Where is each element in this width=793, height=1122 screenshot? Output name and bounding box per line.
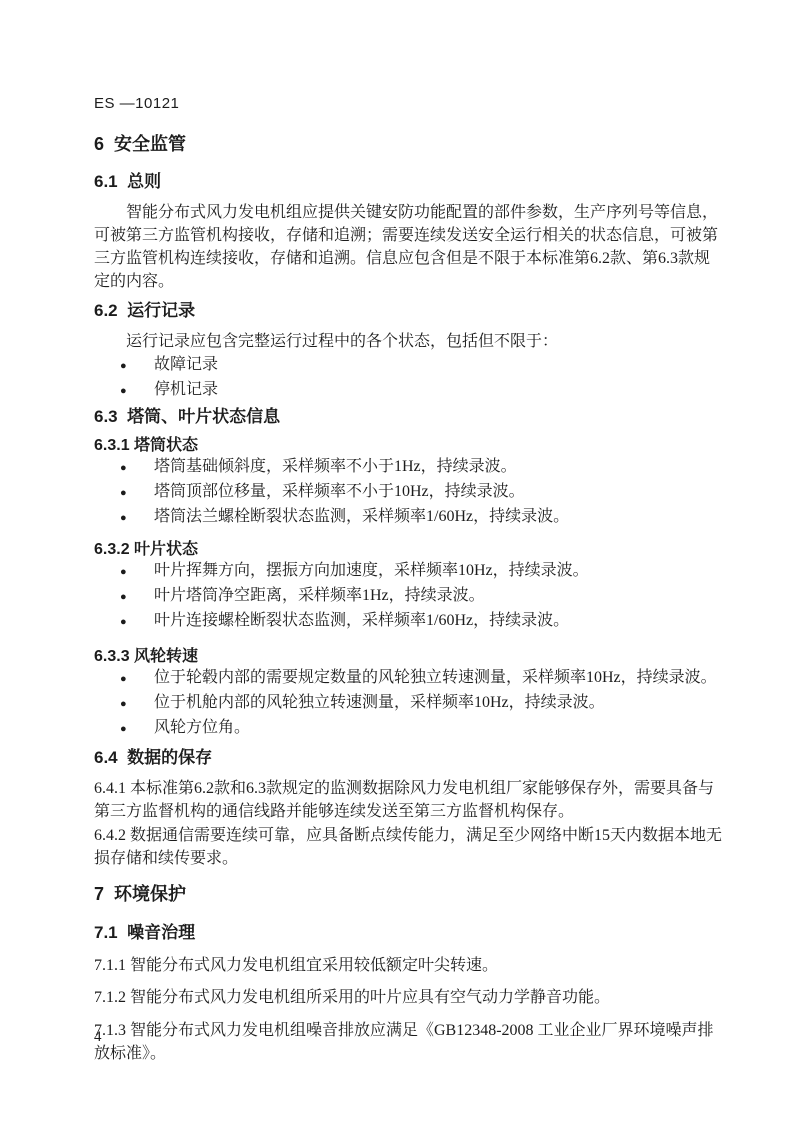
- list-item-text: 塔筒法兰螺栓断裂状态监测，采样频率1/60Hz，持续录波。: [154, 505, 569, 528]
- doc-code: ES —10121: [94, 95, 725, 113]
- bullet-icon: ●: [120, 355, 132, 378]
- bullet-list-6-3-3: ● 位于轮毂内部的需要规定数量的风轮独立转速测量，采样频率10Hz，持续录波。 …: [94, 666, 725, 741]
- bullet-icon: ●: [120, 693, 132, 716]
- paragraph-6-2-intro: 运行记录应包含完整运行过程中的各个状态，包括但不限于：: [94, 330, 725, 353]
- paragraph-6-1: 智能分布式风力发电机组应提供关键安防功能配置的部件参数，生产序列号等信息，可被第…: [94, 201, 725, 293]
- list-item-text: 位于轮毂内部的需要规定数量的风轮独立转速测量，采样频率10Hz，持续录波。: [154, 666, 717, 689]
- list-item-text: 叶片塔筒净空距离，采样频率1Hz，持续录波。: [154, 584, 485, 607]
- bullet-icon: ●: [120, 482, 132, 505]
- section-heading-6-2: 6.2 运行记录: [94, 301, 725, 321]
- list-item: ● 叶片挥舞方向，摆振方向加速度，采样频率10Hz，持续录波。: [94, 559, 725, 584]
- clause-7-1-3: 7.1.3 智能分布式风力发电机组噪音排放应满足《GB12348-2008 工业…: [94, 1019, 725, 1065]
- list-item-text: 叶片连接螺栓断裂状态监测，采样频率1/60Hz，持续录波。: [154, 609, 569, 632]
- list-item: ● 塔筒法兰螺栓断裂状态监测，采样频率1/60Hz，持续录波。: [94, 505, 725, 530]
- list-item-text: 塔筒顶部位移量，采样频率不小于10Hz，持续录波。: [154, 480, 525, 503]
- list-item: ● 塔筒基础倾斜度，采样频率不小于1Hz，持续录波。: [94, 455, 725, 480]
- list-item: ● 塔筒顶部位移量，采样频率不小于10Hz，持续录波。: [94, 480, 725, 505]
- bullet-list-6-3-1: ● 塔筒基础倾斜度，采样频率不小于1Hz，持续录波。 ● 塔筒顶部位移量，采样频…: [94, 455, 725, 530]
- bullet-icon: ●: [120, 507, 132, 530]
- clause-7-1-1: 7.1.1 智能分布式风力发电机组宜采用较低额定叶尖转速。: [94, 954, 725, 977]
- section-heading-6-4: 6.4 数据的保存: [94, 748, 725, 768]
- bullet-icon: ●: [120, 380, 132, 403]
- list-item: ● 叶片塔筒净空距离，采样频率1Hz，持续录波。: [94, 584, 725, 609]
- clause-6-4-1: 6.4.1 本标准第6.2款和6.3款规定的监测数据除风力发电机组厂家能够保存外…: [94, 777, 725, 823]
- section-heading-6-3: 6.3 塔筒、叶片状态信息: [94, 407, 725, 427]
- bullet-icon: ●: [120, 457, 132, 480]
- subsection-heading-6-3-2: 6.3.2 叶片状态: [94, 540, 725, 559]
- subsection-heading-6-3-1: 6.3.1 塔筒状态: [94, 436, 725, 455]
- bullet-icon: ●: [120, 611, 132, 634]
- list-item-text: 停机记录: [154, 378, 218, 401]
- list-item-text: 故障记录: [154, 353, 218, 376]
- section-heading-7-1: 7.1 噪音治理: [94, 923, 725, 943]
- chapter-heading-7: 7 环境保护: [94, 884, 725, 904]
- list-item-text: 位于机舱内部的风轮独立转速测量，采样频率10Hz，持续录波。: [154, 691, 605, 714]
- list-item: ● 故障记录: [94, 353, 725, 378]
- list-item: ● 位于轮毂内部的需要规定数量的风轮独立转速测量，采样频率10Hz，持续录波。: [94, 666, 725, 691]
- bullet-list-6-2: ● 故障记录 ● 停机记录: [94, 353, 725, 403]
- bullet-icon: ●: [120, 668, 132, 691]
- document-page: ES —10121 6 安全监管 6.1 总则 智能分布式风力发电机组应提供关键…: [0, 0, 793, 1122]
- section-heading-6-1: 6.1 总则: [94, 172, 725, 192]
- list-item-text: 塔筒基础倾斜度，采样频率不小于1Hz，持续录波。: [154, 455, 517, 478]
- list-item: ● 停机记录: [94, 378, 725, 403]
- chapter-heading-6: 6 安全监管: [94, 134, 725, 154]
- bullet-icon: ●: [120, 586, 132, 609]
- list-item: ● 位于机舱内部的风轮独立转速测量，采样频率10Hz，持续录波。: [94, 691, 725, 716]
- subsection-heading-6-3-3: 6.3.3 风轮转速: [94, 647, 725, 666]
- bullet-list-6-3-2: ● 叶片挥舞方向，摆振方向加速度，采样频率10Hz，持续录波。 ● 叶片塔筒净空…: [94, 559, 725, 634]
- bullet-icon: ●: [120, 561, 132, 584]
- clause-6-4-2: 6.4.2 数据通信需要连续可靠，应具备断点续传能力，满足至少网络中断15天内数…: [94, 824, 725, 870]
- clause-7-1-2: 7.1.2 智能分布式风力发电机组所采用的叶片应具有空气动力学静音功能。: [94, 986, 725, 1009]
- bullet-icon: ●: [120, 718, 132, 741]
- list-item-text: 风轮方位角。: [154, 716, 250, 739]
- list-item: ● 叶片连接螺栓断裂状态监测，采样频率1/60Hz，持续录波。: [94, 609, 725, 634]
- page-number: 4: [94, 1028, 102, 1046]
- list-item: ● 风轮方位角。: [94, 716, 725, 741]
- list-item-text: 叶片挥舞方向，摆振方向加速度，采样频率10Hz，持续录波。: [154, 559, 589, 582]
